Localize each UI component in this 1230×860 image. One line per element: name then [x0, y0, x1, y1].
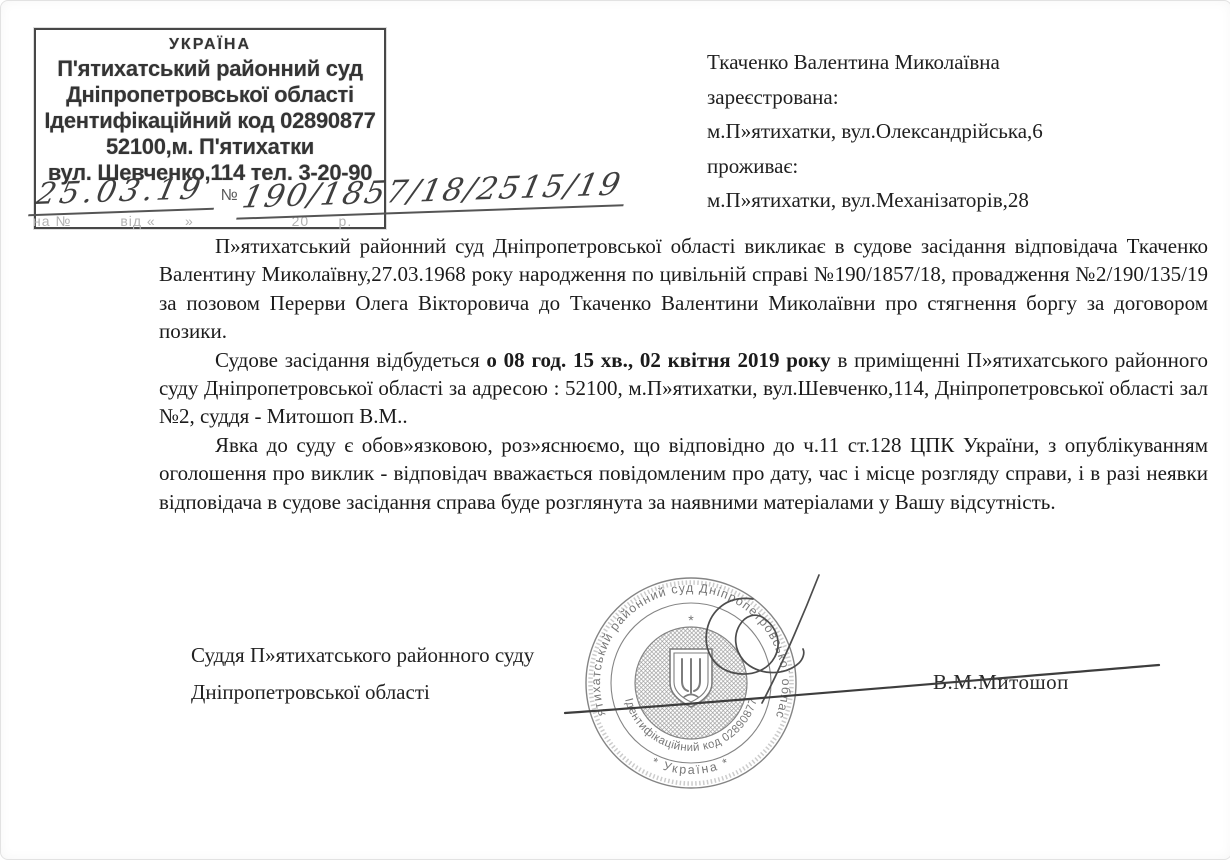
- scanned-court-summons-document: УКРАЇНА П'ятихатський районний суд Дніпр…: [0, 0, 1230, 860]
- stamp-region-line: Дніпропетровської області: [36, 82, 384, 108]
- stamp-postal-line: 52100,м. П'ятихатки: [36, 134, 384, 160]
- coat-of-arms-trident-icon: [670, 649, 712, 707]
- stamp-country-line: УКРАЇНА: [36, 34, 384, 56]
- recipient-registered-address: м.П»ятихатки, вул.Олександрійська,6: [707, 114, 1167, 149]
- judge-signature-scribble: [565, 575, 1159, 713]
- judge-title-block: Суддя П»ятихатського районного суду Дніп…: [191, 637, 651, 711]
- recipient-block: Ткаченко Валентина Миколаївна зареєстров…: [707, 45, 1167, 218]
- hearing-date-time-bold: о 08 год. 15 хв., 02 квітня 2019 року: [486, 348, 830, 372]
- seal-top-star: *: [688, 612, 694, 628]
- handwritten-registration-row: 25.03.19 № 190/1857/18/2515/19: [33, 169, 625, 213]
- paragraph-case-description: П»ятихатський районний суд Дніпропетровс…: [159, 232, 1208, 346]
- judge-title-line2: Дніпропетровської області: [191, 674, 651, 711]
- recipient-registered-label: зареєстрована:: [707, 80, 1167, 115]
- judge-title-line1: Суддя П»ятихатського районного суду: [191, 637, 651, 674]
- paragraph-hearing-details: Судове засідання відбудеться о 08 год. 1…: [159, 346, 1208, 431]
- recipient-residence-address: м.П»ятихатки, вул.Механізаторів,28: [707, 183, 1167, 218]
- stamp-court-name-line: П'ятихатський районний суд: [36, 56, 384, 82]
- handwritten-date: 25.03.19: [28, 171, 221, 216]
- seal-outer-text-bottom: * Україна *: [650, 755, 732, 777]
- recipient-name: Ткаченко Валентина Миколаївна: [707, 45, 1167, 80]
- stamp-id-code-line: Ідентифікаційний код 02890877: [36, 108, 384, 134]
- recipient-residence-label: проживає:: [707, 149, 1167, 184]
- hearing-text-prefix: Судове засідання відбудеться: [215, 348, 486, 372]
- summons-body: П»ятихатський районний суд Дніпропетровс…: [159, 232, 1208, 516]
- number-sign-label: №: [221, 187, 238, 205]
- seal-crosshatch-ring: [635, 627, 747, 739]
- judge-name: В.М.Митошоп: [933, 670, 1069, 695]
- paragraph-attendance-warning: Явка до суду є обов»язковою, роз»яснюємо…: [159, 431, 1208, 516]
- handwritten-case-number: 190/1857/18/2515/19: [236, 166, 631, 219]
